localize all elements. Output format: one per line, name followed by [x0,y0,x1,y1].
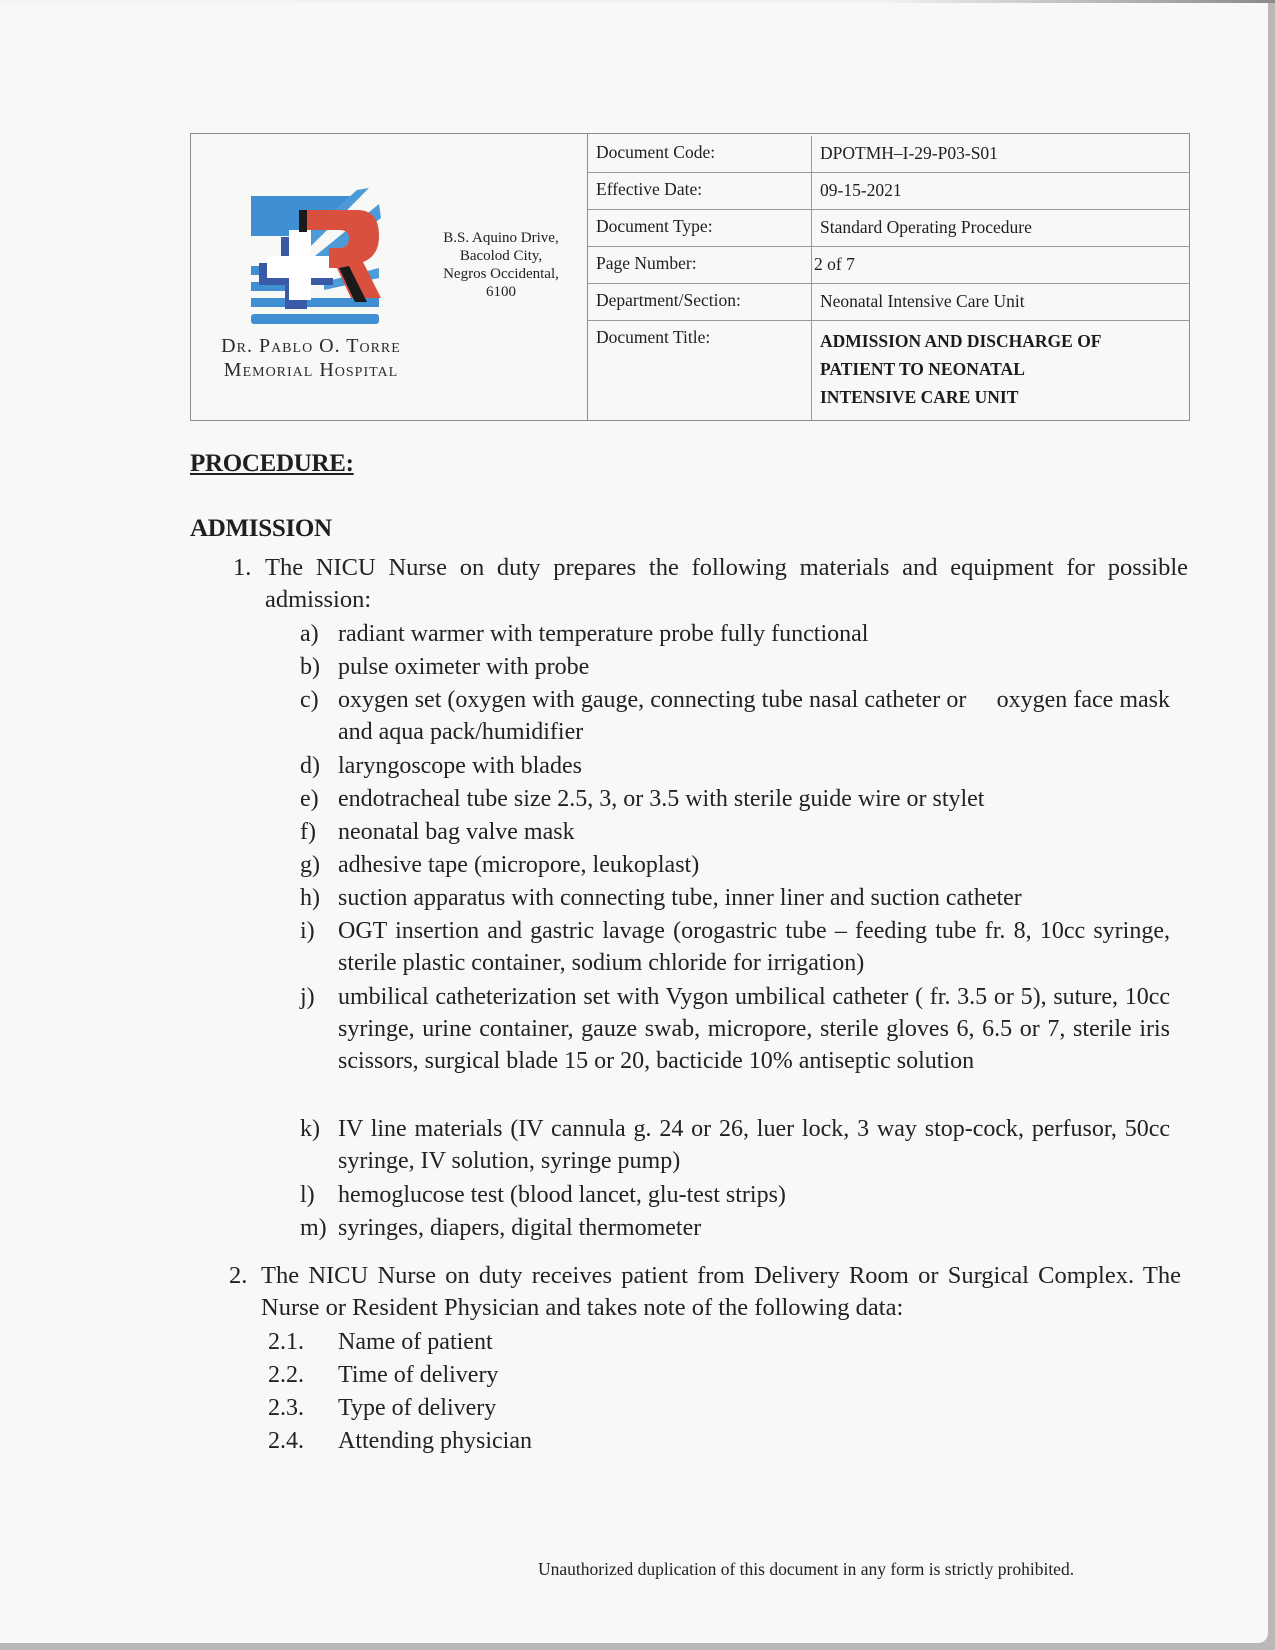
title-line: INTENSIVE CARE UNIT [820,383,1181,411]
field-document-type: Document Type: Standard Operating Proced… [588,210,1189,247]
field-value: Neonatal Intensive Care Unit [820,291,1181,312]
item-marker: l) [300,1179,315,1211]
field-label: Document Code: [596,142,715,163]
hospital-address: B.S. Aquino Drive, Bacolod City, Negros … [421,229,581,301]
document-header-table: Dr. Pablo O. Torre Memorial Hospital B.S… [190,133,1190,421]
field-department: Department/Section: Neonatal Intensive C… [588,284,1189,321]
item-marker: 2.4. [268,1425,304,1457]
field-document-code: Document Code: DPOTMH–I-29-P03-S01 [588,136,1189,173]
hospital-name: Dr. Pablo O. Torre Memorial Hospital [191,334,431,382]
item-marker: 2.2. [268,1359,304,1391]
document-metadata: Document Code: DPOTMH–I-29-P03-S01 Effec… [588,136,1189,420]
item-text: OGT insertion and gastric lavage (orogas… [338,915,1170,979]
item-marker: c) [300,684,319,716]
item-marker: f) [300,816,316,848]
item-text: Attending physician [338,1425,532,1457]
field-label: Document Type: [596,216,713,237]
field-effective-date: Effective Date: 09-15-2021 [588,173,1189,210]
item-marker: h) [300,882,320,914]
field-label: Page Number: [596,253,697,274]
item-text: hemoglucose test (blood lancet, glu-test… [338,1179,1170,1211]
step-text: The NICU Nurse on duty prepares the foll… [265,552,1188,616]
field-label: Document Title: [596,327,710,348]
item-marker: d) [300,750,320,782]
item-text: Name of patient [338,1326,493,1358]
address-line: Bacolod City, [421,247,581,265]
item-text: Type of delivery [338,1392,496,1424]
item-text: suction apparatus with connecting tube, … [338,882,1170,914]
field-value: Standard Operating Procedure [820,217,1181,238]
item-text: adhesive tape (micropore, leukoplast) [338,849,1170,881]
item-text: Time of delivery [338,1359,498,1391]
hospital-name-line1: Dr. Pablo O. Torre [191,334,431,358]
title-line: PATIENT TO NEONATAL [820,355,1181,383]
address-line: 6100 [421,283,581,301]
item-marker: j) [300,981,315,1013]
item-text: oxygen set (oxygen with gauge, connectin… [338,684,1170,748]
document-page: Dr. Pablo O. Torre Memorial Hospital B.S… [0,3,1268,1643]
duplication-notice: Unauthorized duplication of this documen… [538,1559,1074,1580]
item-marker: g) [300,849,320,881]
title-line: ADMISSION AND DISCHARGE OF [820,327,1181,355]
field-document-title: Document Title: ADMISSION AND DISCHARGE … [588,321,1189,421]
step-number: 1. [233,552,251,584]
item-text: neonatal bag valve mask [338,816,1170,848]
admission-heading: ADMISSION [190,515,332,543]
item-text: pulse oximeter with probe [338,651,1170,683]
item-text: laryngoscope with blades [338,750,1170,782]
hospital-logo-icon [229,182,389,332]
field-value: 2 of 7 [814,254,1181,275]
field-label: Department/Section: [596,290,741,311]
item-marker: b) [300,651,320,683]
item-marker: 2.1. [268,1326,304,1358]
step-text: The NICU Nurse on duty receives patient … [261,1260,1181,1324]
item-marker: a) [300,618,319,650]
procedure-heading: PROCEDURE: [190,450,354,478]
item-text: radiant warmer with temperature probe fu… [338,618,1170,650]
hospital-name-line2: Memorial Hospital [191,358,431,382]
item-marker: m) [300,1212,327,1244]
address-line: Negros Occidental, [421,265,581,283]
item-text: IV line materials (IV cannula g. 24 or 2… [338,1113,1170,1177]
step-number: 2. [229,1260,247,1292]
field-value: 09-15-2021 [820,180,1181,201]
item-marker: 2.3. [268,1392,304,1424]
field-label: Effective Date: [596,179,702,200]
address-line: B.S. Aquino Drive, [421,229,581,247]
hospital-identity-cell: Dr. Pablo O. Torre Memorial Hospital B.S… [191,134,588,420]
item-marker: k) [300,1113,320,1145]
field-value: DPOTMH–I-29-P03-S01 [820,143,1181,164]
document-title: ADMISSION AND DISCHARGE OF PATIENT TO NE… [820,327,1181,411]
item-text: endotracheal tube size 2.5, 3, or 3.5 wi… [338,783,1170,815]
item-marker: i) [300,915,315,947]
item-marker: e) [300,783,319,815]
item-text: syringes, diapers, digital thermometer [338,1212,1170,1244]
item-text: umbilical catheterization set with Vygon… [338,981,1170,1077]
field-page-number: Page Number: 2 of 7 [588,247,1189,284]
